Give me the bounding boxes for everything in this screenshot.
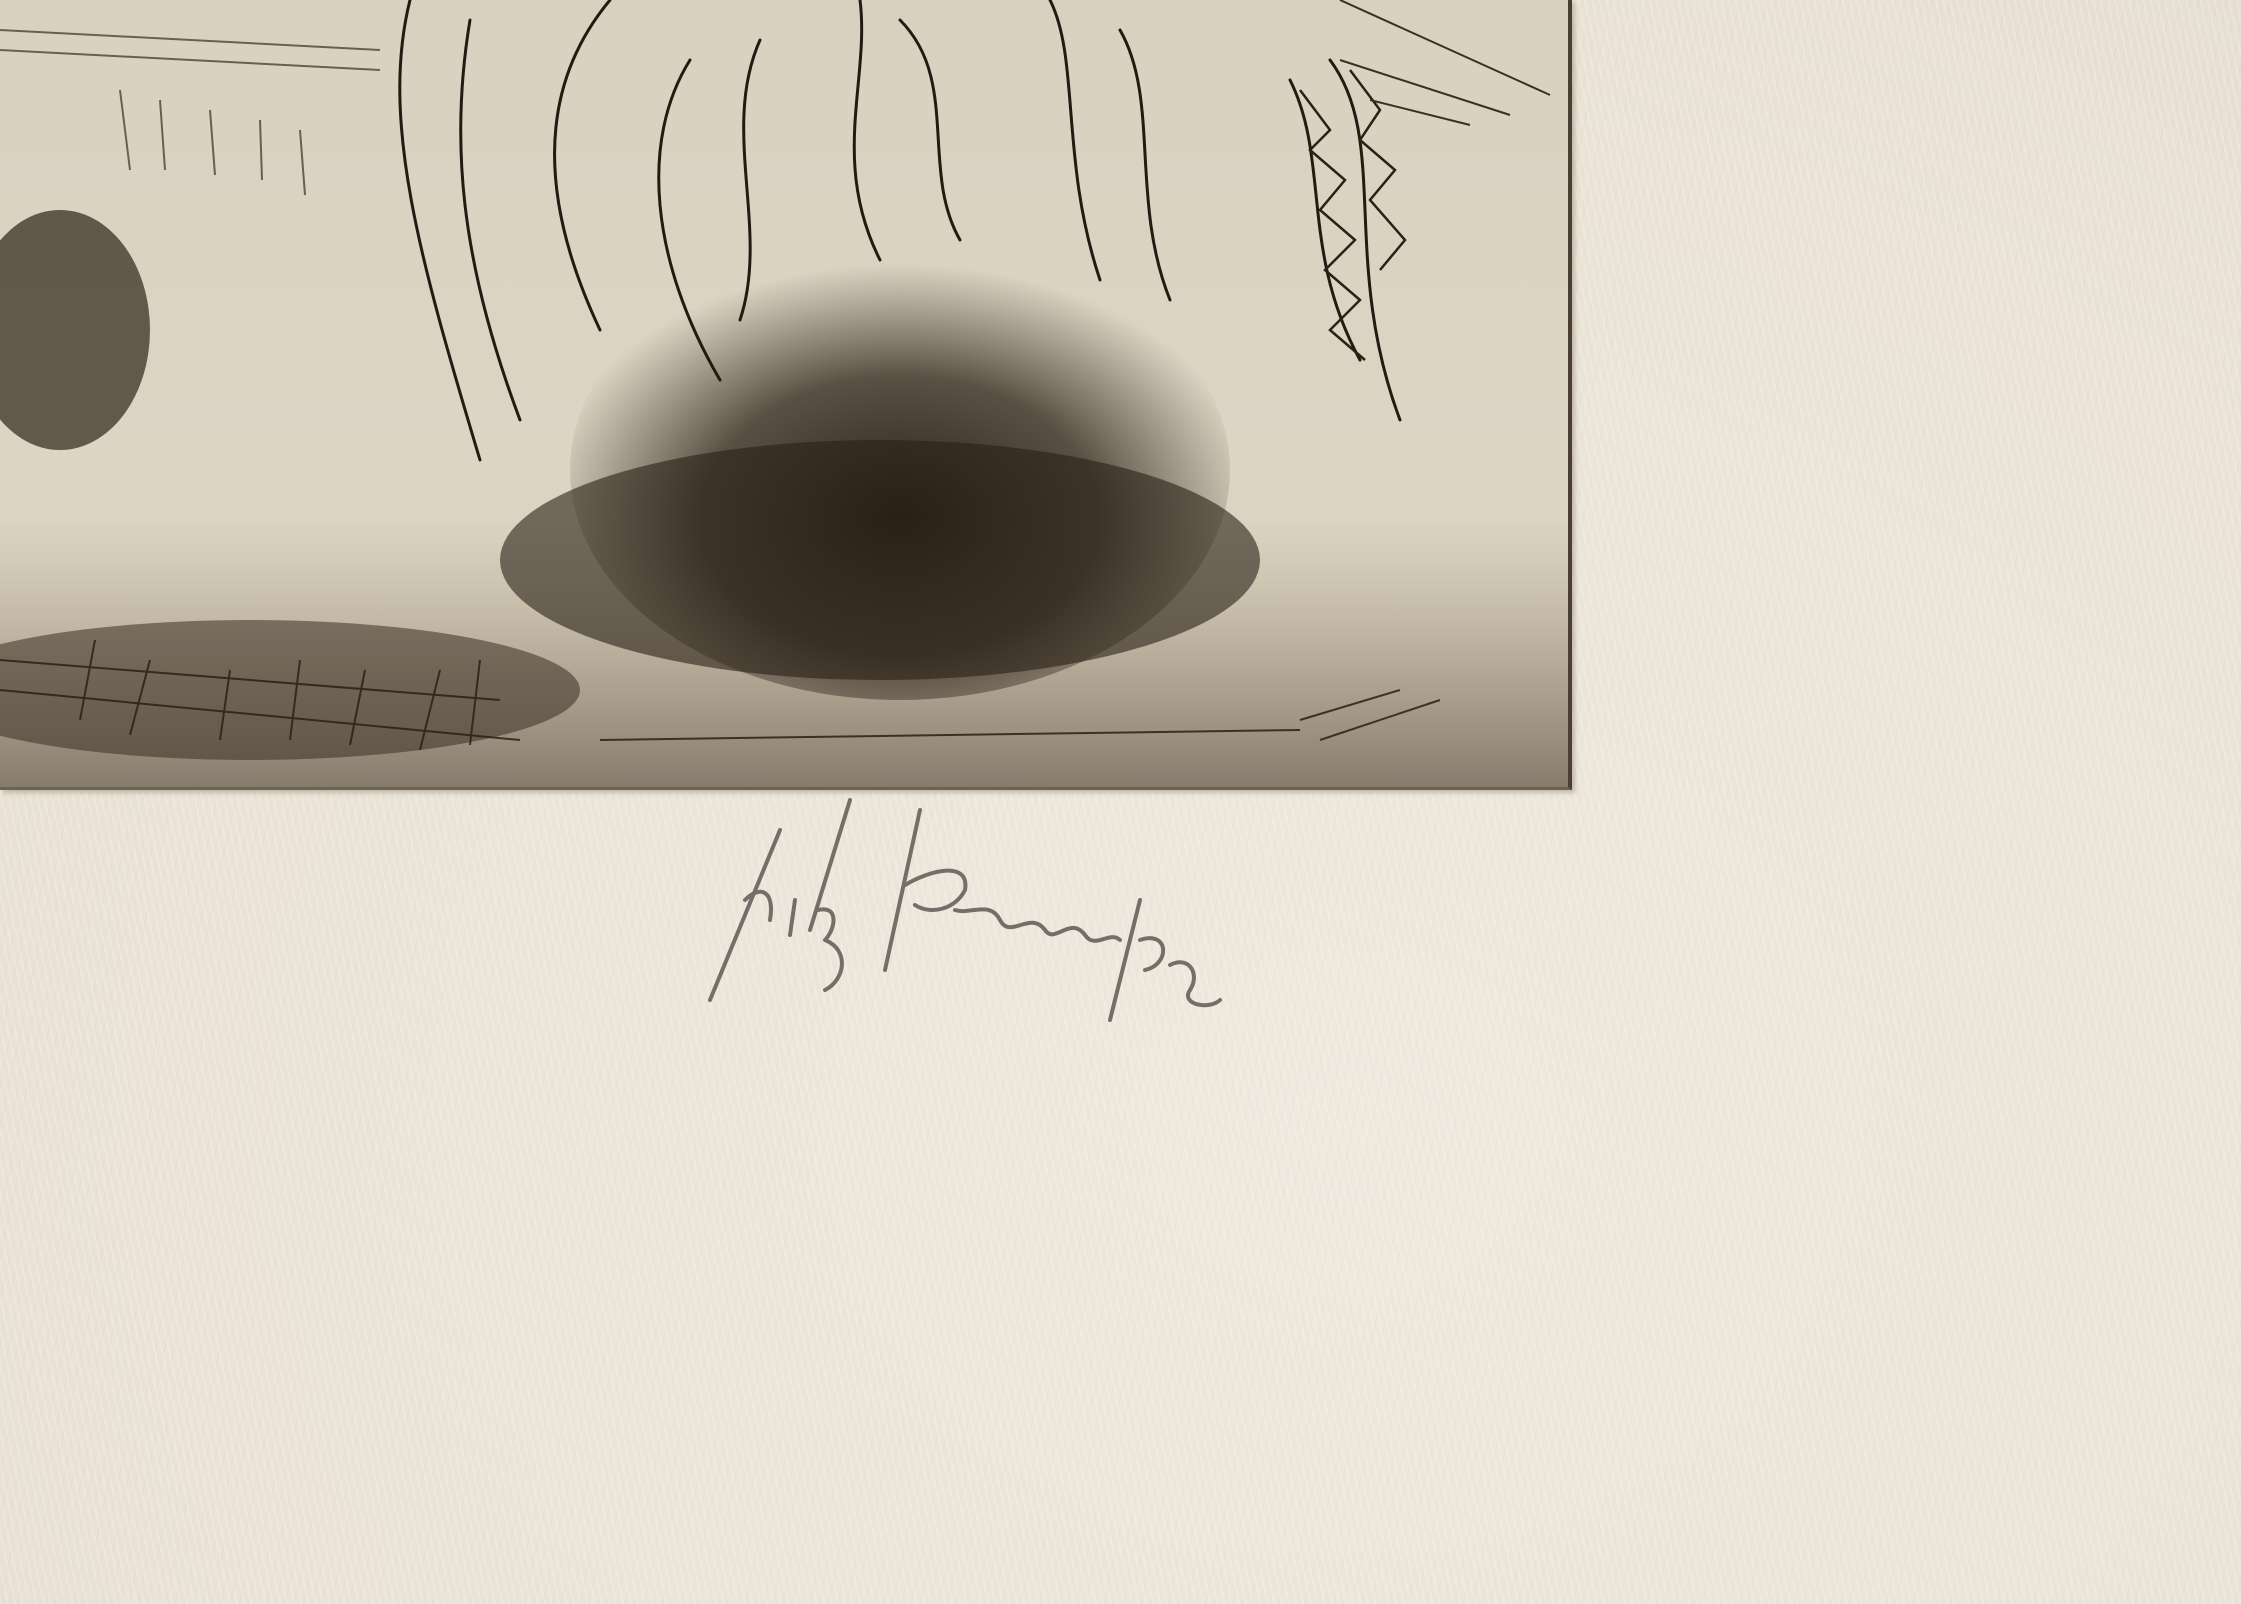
etching-illustration [0,0,1568,787]
etching-plate [0,0,1572,790]
signature-strokes [700,790,1600,1030]
artist-signature: Fritz Kempe [700,790,1600,1030]
